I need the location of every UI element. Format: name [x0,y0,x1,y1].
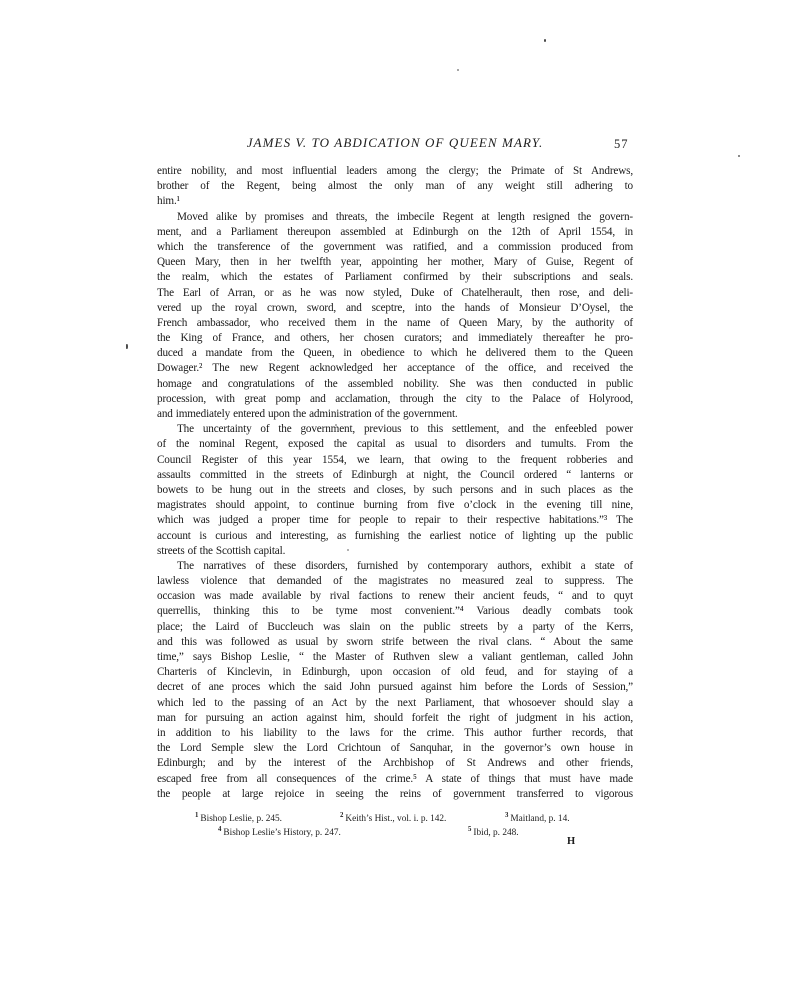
text-line: assaults committed in the streets of Edi… [157,468,633,483]
scan-speck [347,549,349,551]
body-text: entire nobility, and most influential le… [157,164,633,802]
footnote-text: Bishop Leslie’s History, p. 247. [223,828,340,838]
footnote-text: Maitland, p. 14. [510,814,569,824]
scan-speck [126,344,128,349]
text-line: which the transference of the government… [157,240,633,255]
text-line: and immediately entered upon the adminis… [157,407,633,422]
text-line: the Lord Semple slew the Lord Crichtoun … [157,741,633,756]
footnote-marker: 3 [505,812,508,819]
text-line: account is curious and interesting, as f… [157,529,633,544]
footnotes: 1Bishop Leslie, p. 245. 2Keith’s Hist., … [157,810,633,860]
footnote-text: Keith’s Hist., vol. i. p. 142. [345,814,446,824]
text-line: bowets to be hung out in the streets and… [157,483,633,498]
text-line: The Earl of Arran, or as he was now styl… [157,286,633,301]
text-line: French ambassador, who received them in … [157,316,633,331]
text-line: which led to the passing of an Act by th… [157,696,633,711]
text-line: which was judged a proper time for peopl… [157,513,633,528]
text-line: Edinburgh; and by the interest of the Ar… [157,756,633,771]
footnote-2: 2Keith’s Hist., vol. i. p. 142. [340,810,446,825]
text-line: of the nominal Regent, exposed the capit… [157,437,633,452]
scan-speck [335,424,337,426]
scan-speck [457,69,459,71]
footnote-marker: 1 [195,812,198,819]
footnote-5: 5Ibid, p. 248. [468,824,519,839]
text-line: ment, and a Parliament thereupon assembl… [157,225,633,240]
book-page: JAMES V. TO ABDICATION OF QUEEN MARY. 57… [0,0,790,1000]
text-line: brother of the Regent, being almost the … [157,179,633,194]
printer-signature-mark: H [567,836,576,847]
text-line: time,” says Bishop Leslie, “ the Master … [157,650,633,665]
text-line: entire nobility, and most influential le… [157,164,633,179]
text-line: place; the Laird of Buccleuch was slain … [157,620,633,635]
scan-speck [544,39,546,42]
text-line: Council Register of this year 1554, we l… [157,453,633,468]
text-line: homage and congratulations of the assemb… [157,377,633,392]
text-line: escaped free from all consequences of th… [157,772,633,787]
page-number: 57 [614,137,629,152]
text-line: lawless violence that demanded of the ma… [157,574,633,589]
text-line: man for pursuing an action against him, … [157,711,633,726]
footnote-marker: 5 [468,826,471,833]
footnote-text: Bishop Leslie, p. 245. [200,814,282,824]
footnote-marker: 2 [340,812,343,819]
text-line: the realm, which the estates of Parliame… [157,270,633,285]
text-line: in addition to his liability to the laws… [157,726,633,741]
footnote-text: Ibid, p. 248. [473,828,518,838]
footnote-1: 1Bishop Leslie, p. 245. [195,810,282,825]
text-line: and this was followed as usual by sworn … [157,635,633,650]
text-line: Charteris of Kinclevin, in Edinburgh, up… [157,665,633,680]
scan-speck [738,155,740,157]
footnote-4: 4Bishop Leslie’s History, p. 247. [218,824,341,839]
text-line: occasion was made available by rival fac… [157,589,633,604]
text-line: Moved alike by promises and threats, the… [157,210,633,225]
text-line: duced a mandate from the Queen, in obedi… [157,346,633,361]
running-head-title: JAMES V. TO ABDICATION OF QUEEN MARY. [157,135,633,151]
text-line: decret of ane proces which the said John… [157,680,633,695]
text-line: procession, with great pomp and acclamat… [157,392,633,407]
footnote-3: 3Maitland, p. 14. [505,810,570,825]
text-line: Queen Mary, then in her twelfth year, ap… [157,255,633,270]
text-line: Dowager.² The new Regent acknowledged he… [157,361,633,376]
text-line: magistrates should appoint, to continue … [157,498,633,513]
text-line: The narratives of these disorders, furni… [157,559,633,574]
text-line: the people at large rejoice in seeing th… [157,787,633,802]
footnote-marker: 4 [218,826,221,833]
text-line: vered up the royal crown, sword, and sce… [157,301,633,316]
text-line: the King of France, and others, her chos… [157,331,633,346]
text-line: The uncertainty of the government, previ… [157,422,633,437]
text-line: him.¹ [157,194,633,209]
text-line: streets of the Scottish capital. [157,544,633,559]
text-line: querrellis, thinking this to be tyme mos… [157,604,633,619]
